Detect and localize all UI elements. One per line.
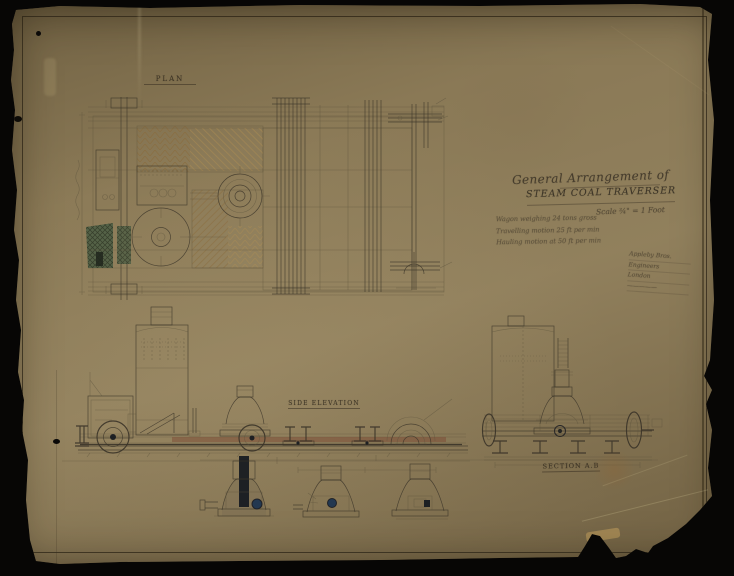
paper-hole (36, 31, 41, 36)
side-elevation-label: SIDE ELEVATION (288, 400, 360, 409)
drawing-sheet: PLAN SIDE ELEVATION SECTION A.B General … (0, 0, 734, 576)
section-view-drawing (482, 316, 662, 468)
handwritten-notes: Wagon weighing 24 tons gross Travelling … (496, 212, 642, 249)
signature-block: Appleby Bros. Engineers London ————— (627, 249, 708, 296)
plan-view-drawing (76, 97, 452, 300)
paper-hole (53, 439, 60, 444)
technical-drawing-linework (0, 0, 734, 576)
paper-hole (14, 116, 22, 122)
side-elevation-drawing (62, 307, 470, 461)
plan-view-label: PLAN (144, 75, 196, 85)
rail-section-details (283, 399, 452, 473)
section-label: SECTION A.B (542, 461, 600, 472)
scan-background: PLAN SIDE ELEVATION SECTION A.B General … (0, 0, 734, 576)
